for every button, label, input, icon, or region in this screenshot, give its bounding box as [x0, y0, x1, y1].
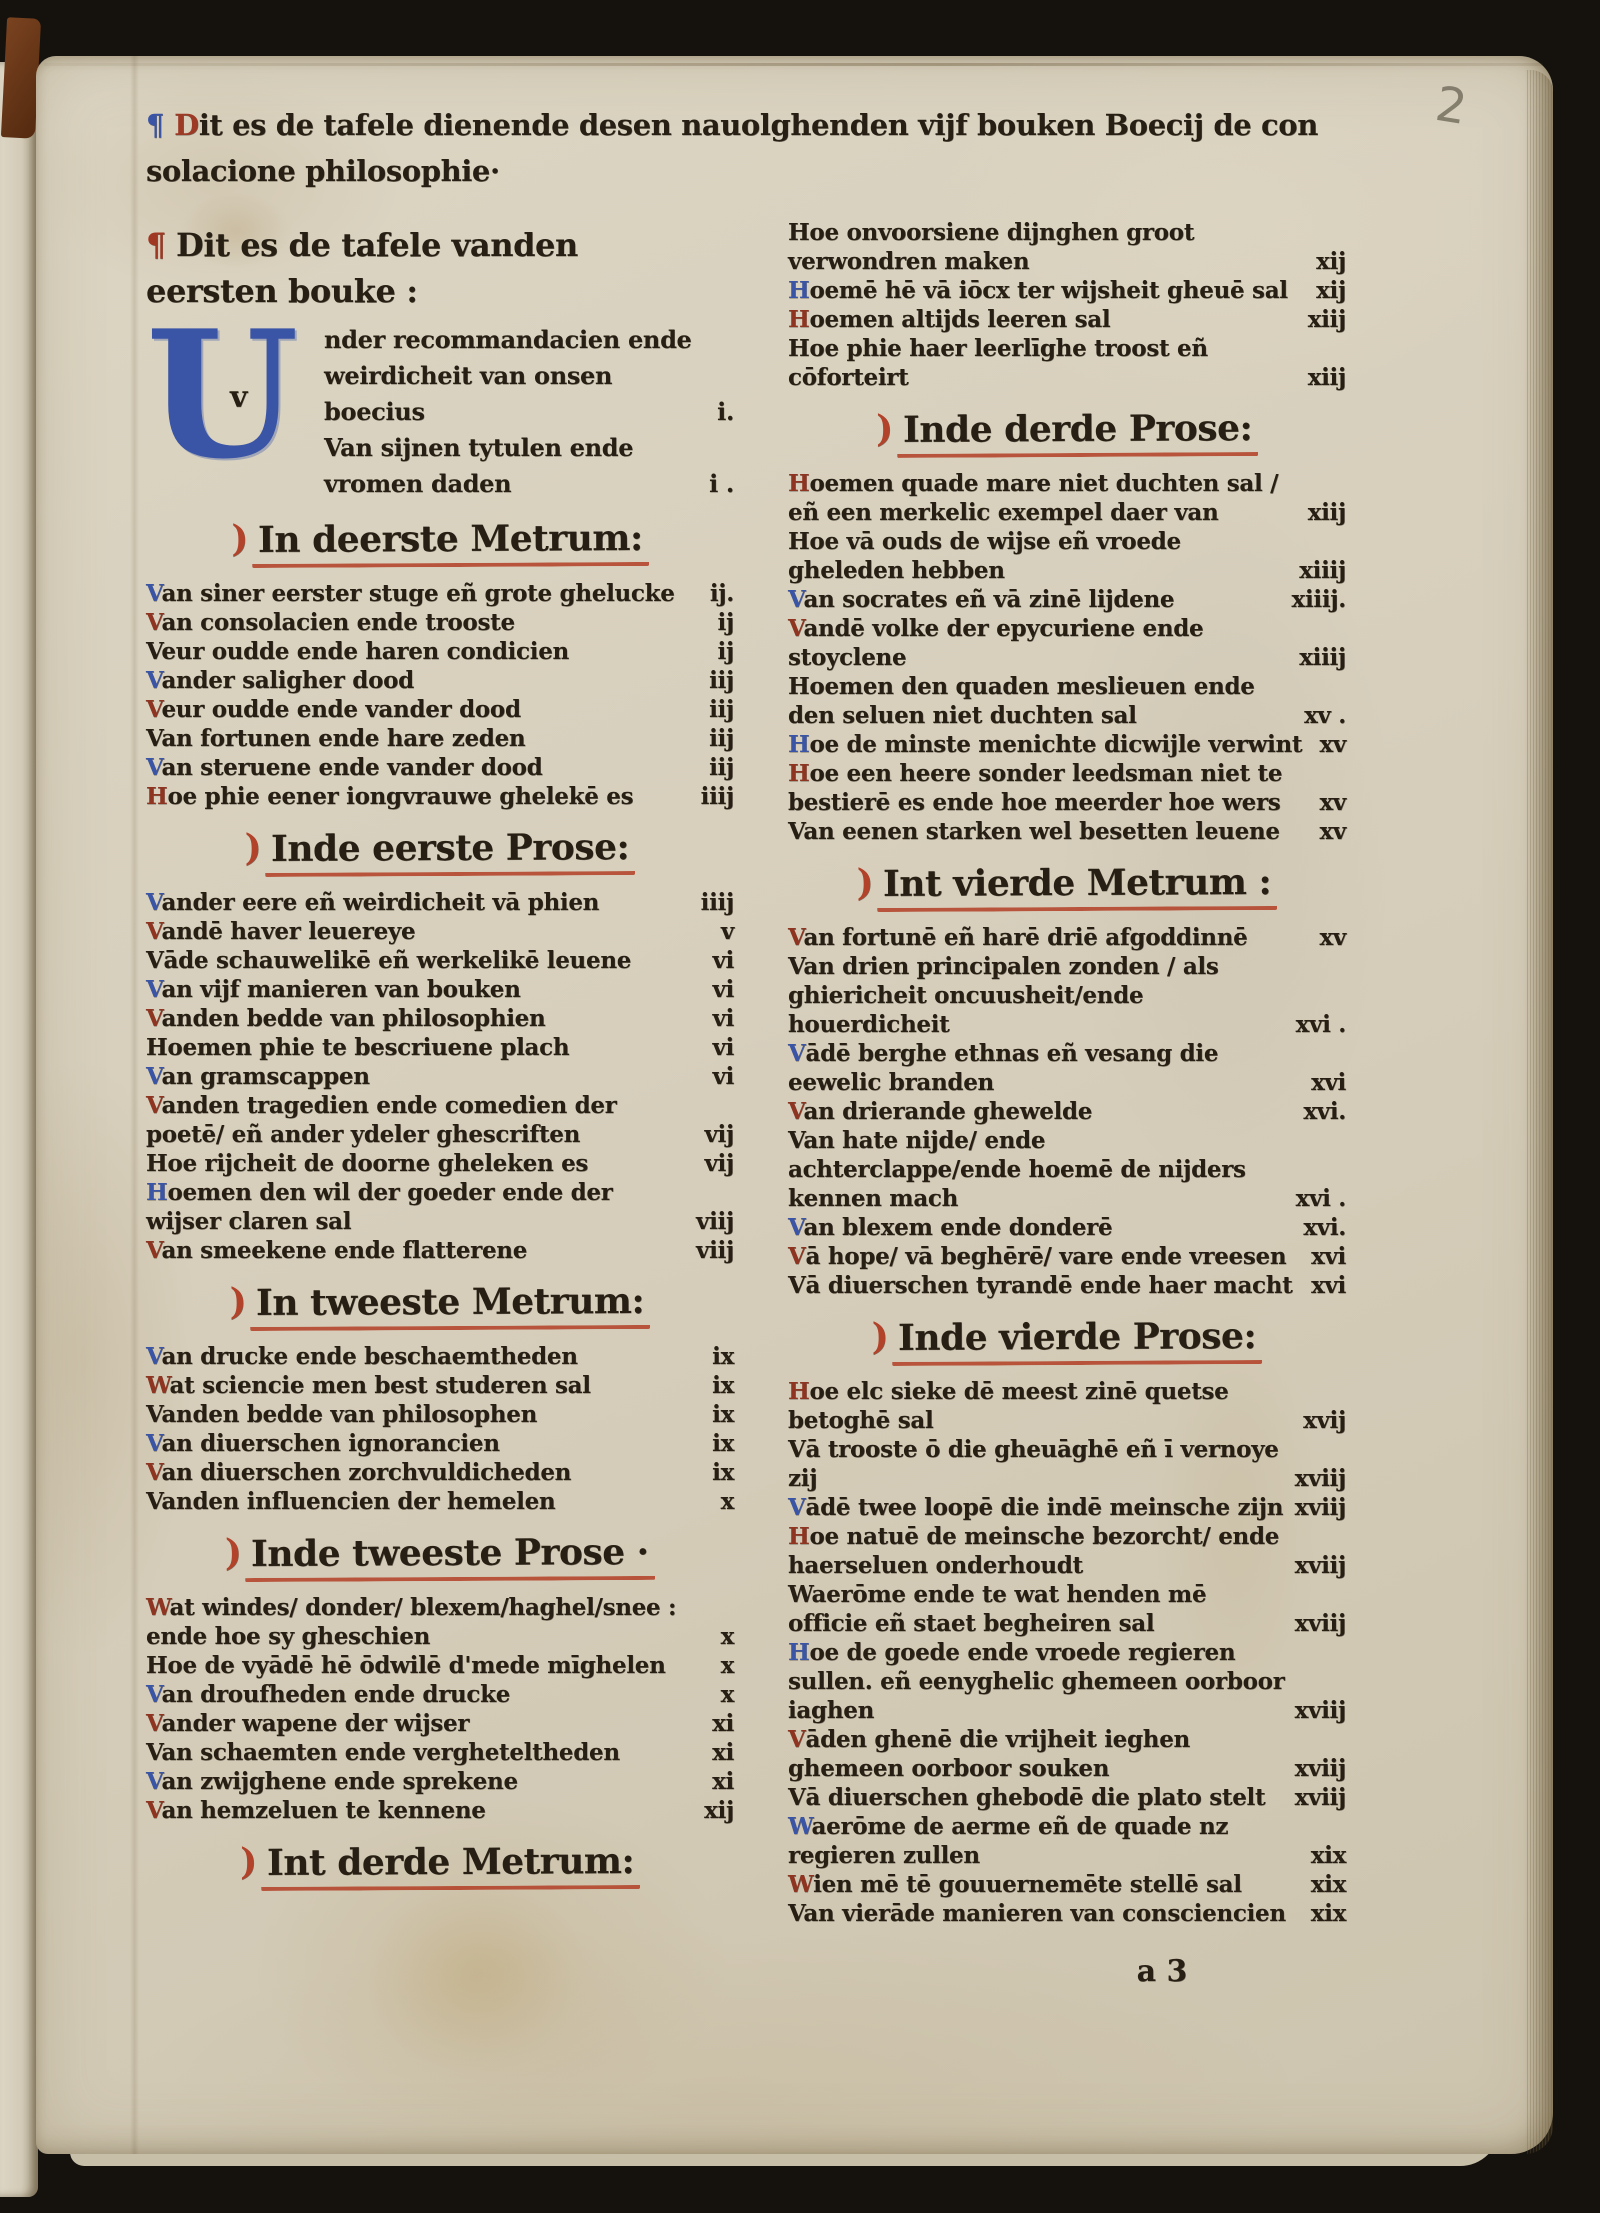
toc-entry: Van zwijghene ende sprekene xi [146, 1767, 734, 1796]
toc-entry: Hoe de goede ende vroede regieren sullen… [788, 1638, 1346, 1725]
entry-page-number: i. [707, 394, 734, 430]
entry-page-number: x [711, 1487, 734, 1516]
toc-entry: Vā trooste ō die gheuāghē eñ ī vernoye z… [788, 1435, 1346, 1493]
toc-block: Hoe vā ouds de wijse eñ vroede gheleden … [788, 527, 1346, 585]
entry-page-number: xi [702, 1738, 734, 1767]
toc-entry: Vander eere eñ weirdicheit vā phien iiij [146, 888, 734, 917]
section-heading: )In tweeste Metrum: [146, 1281, 734, 1330]
toc-entry: Van drierande ghewelde xvi. [788, 1097, 1346, 1126]
drop-cap: U v [146, 328, 316, 478]
toc-entry: Vāden ghenē die vrijheit ieghen ghemeen … [788, 1725, 1346, 1783]
toc-block: Van fortunen ende hare zeden iij [146, 724, 734, 753]
toc-entry: Van diuerschen zorchvuldicheden ix [146, 1458, 734, 1487]
entry-text: Vandē haver leuereye [146, 917, 711, 946]
section-title: Inde eerste Prose: [265, 826, 636, 877]
toc-block: Vander wapene der wijser xi [146, 1709, 734, 1738]
rubric-mark: ) [876, 408, 893, 450]
entry-text: Vādē berghe ethnas eñ vesang die eewelic… [788, 1039, 1301, 1097]
entry-page-number: iiij [691, 888, 734, 917]
toc-block: Van drierande ghewelde xvi. [788, 1097, 1346, 1126]
toc-block: Vāden ghenē die vrijheit ieghen ghemeen … [788, 1725, 1346, 1783]
entry-text: Hoe elc sieke dē meest zinē quetse betog… [788, 1377, 1293, 1435]
toc-block: Van consolacien ende trooste ij [146, 608, 734, 637]
toc-block: Hoemen den wil der goeder ende der wijse… [146, 1178, 734, 1236]
toc-block: )In tweeste Metrum: [146, 1281, 734, 1330]
toc-entry: Van hemzeluen te kennene xij [146, 1796, 734, 1825]
toc-entry: Vā hope/ vā beghērē/ vare ende vreesen x… [788, 1242, 1346, 1271]
toc-entry: Van vijf manieren van bouken vi [146, 975, 734, 1004]
toc-block: Vanden influencien der hemelen x [146, 1487, 734, 1516]
entry-page-number: xv [1310, 788, 1346, 817]
toc-block: Hoe natuē de meinsche bezorcht/ ende hae… [788, 1522, 1346, 1580]
page-crease [130, 56, 139, 2154]
toc-block: )Int derde Metrum: [146, 1841, 734, 1890]
toc-entry: Hoe elc sieke dē meest zinē quetse betog… [788, 1377, 1346, 1435]
toc-column-right: Hoe onvoorsiene dijnghen groot verwondre… [788, 218, 1346, 1989]
rubric-mark: ) [872, 1316, 889, 1358]
toc-entry: Waerōme de aerme eñ de quade nz regieren… [788, 1812, 1346, 1870]
entry-page-number: xix [1301, 1870, 1346, 1899]
toc-entry: Vādē twee loopē die indē meinsche zijn x… [788, 1493, 1346, 1522]
toc-block: Vanden bedde van philosophen ix [146, 1400, 734, 1429]
book-scan: 2 ¶Dit es de tafele dienende desen nauol… [0, 0, 1600, 2213]
entry-page-number: vij [694, 1120, 734, 1149]
toc-block: Vanden bedde van philosophien vi [146, 1004, 734, 1033]
entry-text: Vanden tragedien ende comedien der poetē… [146, 1091, 694, 1149]
entry-page-number: xvi [1301, 1068, 1346, 1097]
toc-block: Hoe de minste menichte dicwijle verwint … [788, 730, 1346, 759]
entry-text: Hoe de goede ende vroede regieren sullen… [788, 1638, 1285, 1725]
rubric-mark: ) [231, 518, 248, 560]
book-page: 2 ¶Dit es de tafele dienende desen nauol… [36, 56, 1553, 2154]
toc-block: Vander saligher dood iij [146, 666, 734, 695]
entry-page-number: xij [1306, 276, 1346, 305]
toc-block: Van vierāde manieren van consciencien xi… [788, 1899, 1346, 1928]
toc-entry: nder recommandacien ende weirdicheit van… [324, 322, 734, 430]
entry-page-number: i . [699, 466, 734, 502]
rubric-mark: ) [245, 827, 262, 869]
entry-page-number: ij [708, 608, 734, 637]
toc-block: Vā diuerschen ghebodē die plato stelt xv… [788, 1783, 1346, 1812]
fore-edge [1525, 70, 1553, 2154]
entry-page-number: iij [699, 666, 734, 695]
toc-entry: Vanden influencien der hemelen x [146, 1487, 734, 1516]
section-title: In deerste Metrum: [252, 517, 649, 568]
entry-page-number: xviij [1285, 1493, 1346, 1522]
pencil-page-number: 2 [1432, 76, 1471, 136]
toc-entry: Hoe onvoorsiene dijnghen groot verwondre… [788, 218, 1346, 276]
entry-page-number: viij [686, 1207, 734, 1236]
toc-entry: Van schaemten ende vergheteltheden xi [146, 1738, 734, 1767]
toc-entry: Van fortunē eñ harē driē afgoddinnē xv [788, 923, 1346, 952]
entry-text: Van zwijghene ende sprekene [146, 1767, 702, 1796]
toc-block: Hoe de goede ende vroede regieren sullen… [788, 1638, 1346, 1725]
entry-text: Vāden ghenē die vrijheit ieghen ghemeen … [788, 1725, 1285, 1783]
toc-block: Waerōme ende te wat henden mē officie eñ… [788, 1580, 1346, 1638]
toc-block: Hoe een heere sonder leedsman niet te be… [788, 759, 1346, 817]
title-text: Dit es de tafele dienende desen nauolghe… [174, 102, 1318, 148]
toc-block: Van drien principalen zonden / als ghier… [788, 952, 1346, 1039]
page-title: ¶Dit es de tafele dienende desen nauolgh… [146, 102, 1406, 194]
toc-block: Hoe phie eener iongvrauwe ghelekē es iii… [146, 782, 734, 811]
toc-entry: Van drucke ende beschaemtheden ix [146, 1342, 734, 1371]
entry-text: Van droufheden ende drucke [146, 1680, 711, 1709]
section-heading: )Inde vierde Prose: [788, 1316, 1346, 1365]
toc-block: Waerōme de aerme eñ de quade nz regieren… [788, 1812, 1346, 1870]
entry-text: Hoemen phie te bescriuene plach [146, 1033, 702, 1062]
toc-entry: Veur oudde ende haren condicien ij [146, 637, 734, 666]
toc-entry: Van fortunen ende hare zeden iij [146, 724, 734, 753]
toc-entry: Hoemen den wil der goeder ende der wijse… [146, 1178, 734, 1236]
toc-entry: Van drien principalen zonden / als ghier… [788, 952, 1346, 1039]
toc-block: Van eenen starken wel besetten leuene xv [788, 817, 1346, 846]
toc-block: )In deerste Metrum: [146, 518, 734, 567]
entry-text: Vāde schauwelikē eñ werkelikē leuene [146, 946, 702, 975]
signature-mark: a 3 [883, 1954, 1441, 1989]
toc-entry: Hoe phie haer leerlīghe troost eñ cōfort… [788, 334, 1346, 392]
entry-text: Vā diuerschen ghebodē die plato stelt [788, 1783, 1285, 1812]
section-title: Inde tweeste Prose · [245, 1531, 655, 1582]
toc-block: Van gramscappen vi [146, 1062, 734, 1091]
entry-page-number: ix [702, 1429, 734, 1458]
entry-page-number: ij [708, 637, 734, 666]
toc-block: Hoe rijcheit de doorne gheleken es vij [146, 1149, 734, 1178]
entry-page-number: xiiij [1289, 643, 1346, 672]
entry-page-number: xv . [1294, 701, 1346, 730]
entry-text: Hoe een heere sonder leedsman niet te be… [788, 759, 1310, 817]
toc-block: Van zwijghene ende sprekene xi [146, 1767, 734, 1796]
entry-text: Vanden influencien der hemelen [146, 1487, 711, 1516]
toc-entry: Van steruene ende vander dood iij [146, 753, 734, 782]
title-line-1: ¶Dit es de tafele dienende desen nauolgh… [146, 102, 1406, 148]
entry-text: Vādē twee loopē die indē meinsche zijn [788, 1493, 1285, 1522]
entry-text: Van fortunen ende hare zeden [146, 724, 699, 753]
entry-page-number: xviij [1285, 1551, 1346, 1580]
entry-page-number: x [711, 1651, 734, 1680]
entry-page-number: xviij [1285, 1783, 1346, 1812]
entry-page-number: iij [699, 753, 734, 782]
drop-cap-guide-letter: v [230, 380, 247, 415]
entry-text: Veur oudde ende haren condicien [146, 637, 708, 666]
entry-text: Vā diuerschen tyrandē ende haer macht [788, 1271, 1301, 1300]
toc-entry: Van sijnen tytulen ende vromen daden i . [324, 430, 734, 502]
entry-text: Vā trooste ō die gheuāghē eñ ī vernoye z… [788, 1435, 1285, 1493]
entry-text: Van gramscappen [146, 1062, 702, 1091]
toc-block: )Inde tweeste Prose · [146, 1532, 734, 1581]
rubric-mark: ) [225, 1532, 242, 1574]
toc-entry: Van hate nijde/ ende achterclappe/ende h… [788, 1126, 1346, 1213]
section-heading: )Inde eerste Prose: [146, 827, 734, 876]
section-heading: )In deerste Metrum: [146, 518, 734, 567]
entry-text: Hoe rijcheit de doorne gheleken es [146, 1149, 694, 1178]
entry-page-number: xiij [1298, 305, 1346, 334]
entry-text: Hoe phie eener iongvrauwe ghelekē es [146, 782, 691, 811]
entry-page-number: xvi . [1286, 1184, 1346, 1213]
entry-page-number: xviij [1285, 1464, 1346, 1493]
rubric-mark: ) [230, 1281, 247, 1323]
toc-block: Wat sciencie men best studeren sal ix [146, 1371, 734, 1400]
toc-entry: Vādē berghe ethnas eñ vesang die eewelic… [788, 1039, 1346, 1097]
entry-text: Van schaemten ende vergheteltheden [146, 1738, 702, 1767]
toc-entry: Hoe de minste menichte dicwijle verwint … [788, 730, 1346, 759]
toc-block: )Int vierde Metrum : [788, 862, 1346, 911]
entry-text: Van siner eerster stuge eñ grote gheluck… [146, 579, 700, 608]
entry-page-number: xix [1301, 1841, 1346, 1870]
entry-page-number: ix [702, 1342, 734, 1371]
entry-page-number: vi [702, 1004, 734, 1033]
toc-entry: Hoe een heere sonder leedsman niet te be… [788, 759, 1346, 817]
toc-entry: Van diuerschen ignorancien ix [146, 1429, 734, 1458]
toc-entry: Vander wapene der wijser xi [146, 1709, 734, 1738]
toc-block: Van vijf manieren van bouken vi [146, 975, 734, 1004]
section-title: Int vierde Metrum : [877, 861, 1277, 912]
toc-block: Vandē haver leuereye v [146, 917, 734, 946]
toc-entry: Hoemen den quaden meslieuen ende den sel… [788, 672, 1346, 730]
toc-block: Vander eere eñ weirdicheit vā phien iiij [146, 888, 734, 917]
entry-page-number: xix [1301, 1899, 1346, 1928]
entry-page-number: ix [702, 1371, 734, 1400]
entry-text: Hoemen den quaden meslieuen ende den sel… [788, 672, 1294, 730]
entry-page-number: xij [1306, 247, 1346, 276]
entry-text: Van hemzeluen te kennene [146, 1796, 694, 1825]
entry-page-number: xv [1310, 817, 1346, 846]
toc-block: Vādē twee loopē die indē meinsche zijn x… [788, 1493, 1346, 1522]
entry-page-number: vi [702, 1062, 734, 1091]
entry-page-number: vij [694, 1149, 734, 1178]
entry-text: Hoe onvoorsiene dijnghen groot verwondre… [788, 218, 1306, 276]
toc-block: Hoe elc sieke dē meest zinē quetse betog… [788, 1377, 1346, 1435]
entry-text: Van drucke ende beschaemtheden [146, 1342, 702, 1371]
entry-text: Waerōme de aerme eñ de quade nz regieren… [788, 1812, 1301, 1870]
toc-entry: Hoe phie eener iongvrauwe ghelekē es iii… [146, 782, 734, 811]
entry-text: Hoemē hē vā iōcx ter wijsheit gheuē sal [788, 276, 1306, 305]
toc-entry: Van droufheden ende drucke x [146, 1680, 734, 1709]
entry-text: Hoe phie haer leerlīghe troost eñ cōfort… [788, 334, 1298, 392]
toc-block: Hoemen den quaden meslieuen ende den sel… [788, 672, 1346, 730]
toc-block: Van drucke ende beschaemtheden ix [146, 1342, 734, 1371]
toc-block: Van diuerschen ignorancien ix [146, 1429, 734, 1458]
toc-block: Hoemen phie te bescriuene plach vi [146, 1033, 734, 1062]
entry-page-number: viij [686, 1236, 734, 1265]
toc-entry: Van consolacien ende trooste ij [146, 608, 734, 637]
toc-block: Vā diuerschen tyrandē ende haer macht xv… [788, 1271, 1346, 1300]
entry-page-number: ix [702, 1458, 734, 1487]
entry-page-number: xv [1310, 730, 1346, 759]
toc-entry: Hoemen phie te bescriuene plach vi [146, 1033, 734, 1062]
toc-block: Hoe onvoorsiene dijnghen groot verwondre… [788, 218, 1346, 276]
entry-page-number: iij [699, 695, 734, 724]
toc-block: Hoemē hē vā iōcx ter wijsheit gheuē sal … [788, 276, 1346, 305]
toc-blocks-right: Hoe onvoorsiene dijnghen groot verwondre… [788, 218, 1346, 1928]
section-heading: )Int derde Metrum: [146, 1841, 734, 1890]
pilcrow-icon: ¶ [146, 226, 166, 264]
toc-entry: Van vierāde manieren van consciencien xi… [788, 1899, 1346, 1928]
toc-entry: Vander saligher dood iij [146, 666, 734, 695]
entry-page-number: xiij [1298, 363, 1346, 392]
entry-text: Hoemen altijds leeren sal [788, 305, 1298, 334]
entry-text: Wat windes/ donder/ blexem/haghel/snee :… [146, 1593, 711, 1651]
toc-entry: Veur oudde ende vander dood iij [146, 695, 734, 724]
entry-text: Van hate nijde/ ende achterclappe/ende h… [788, 1126, 1286, 1213]
title-line-2: solacione philosophie· [146, 148, 1406, 194]
entry-text: Hoe de minste menichte dicwijle verwint [788, 730, 1310, 759]
toc-entry: Hoe vā ouds de wijse eñ vroede gheleden … [788, 527, 1346, 585]
toc-entry: Vanden bedde van philosophien vi [146, 1004, 734, 1033]
entry-page-number: xiij [1298, 498, 1346, 527]
entry-page-number: xiiij. [1282, 585, 1346, 614]
entry-text: Van consolacien ende trooste [146, 608, 708, 637]
rubric-mark: ) [857, 862, 874, 904]
pilcrow-icon: ¶ [146, 108, 164, 142]
toc-block: Vanden tragedien ende comedien der poetē… [146, 1091, 734, 1149]
entry-text: Vā hope/ vā beghērē/ vare ende vreesen [788, 1242, 1301, 1271]
toc-block: Van steruene ende vander dood iij [146, 753, 734, 782]
subheader-line-1: ¶Dit es de tafele vanden [146, 222, 734, 268]
section-title: Inde vierde Prose: [892, 1315, 1262, 1366]
entry-page-number: xvi [1301, 1271, 1346, 1300]
rubric-mark: ) [240, 1841, 257, 1883]
section-heading: )Int vierde Metrum : [788, 862, 1346, 911]
entry-page-number: xvi [1301, 1242, 1346, 1271]
entry-text: Wat sciencie men best studeren sal [146, 1371, 702, 1400]
entry-text: Hoemen quade mare niet duchten sal / eñ … [788, 469, 1298, 527]
toc-block: Van droufheden ende drucke x [146, 1680, 734, 1709]
section-title: In tweeste Metrum: [250, 1280, 650, 1331]
toc-entry: Van blexem ende donderē xvi. [788, 1213, 1346, 1242]
entry-page-number: xvi . [1286, 1010, 1346, 1039]
toc-entry: Hoe de vyādē hē ōdwilē d'mede mīghelen x [146, 1651, 734, 1680]
entry-text: Vandē volke der epycuriene ende stoyclen… [788, 614, 1289, 672]
entry-page-number: xviij [1285, 1754, 1346, 1783]
toc-block: Van fortunē eñ harē driē afgoddinnē xv [788, 923, 1346, 952]
entry-text: Van blexem ende donderē [788, 1213, 1293, 1242]
entry-text: Van drien principalen zonden / als ghier… [788, 952, 1286, 1039]
toc-block: Hoe de vyādē hē ōdwilē d'mede mīghelen x [146, 1651, 734, 1680]
entry-text: Van eenen starken wel besetten leuene [788, 817, 1310, 846]
toc-entry: Vandē volke der epycuriene ende stoyclen… [788, 614, 1346, 672]
entry-page-number: xi [702, 1767, 734, 1796]
toc-block: Hoemen quade mare niet duchten sal / eñ … [788, 469, 1346, 527]
entry-text: Vander eere eñ weirdicheit vā phien [146, 888, 691, 917]
entry-text: Van fortunē eñ harē driē afgoddinnē [788, 923, 1310, 952]
drop-cap-letter: U [146, 293, 299, 498]
toc-entry: Hoemen altijds leeren sal xiij [788, 305, 1346, 334]
section-heading: )Inde tweeste Prose · [146, 1532, 734, 1581]
entry-page-number: xv [1310, 923, 1346, 952]
intro-section: U v nder recommandacien ende weirdicheit… [146, 322, 734, 502]
entry-text: Vander wapene der wijser [146, 1709, 702, 1738]
entry-page-number: vi [702, 946, 734, 975]
toc-block: )Inde derde Prose: [788, 408, 1346, 457]
toc-entry: Van smeekene ende flatterene viij [146, 1236, 734, 1265]
toc-entry: Vandē haver leuereye v [146, 917, 734, 946]
entry-text: Vander saligher dood [146, 666, 699, 695]
toc-block: Van socrates eñ vā zinē lijdene xiiij. [788, 585, 1346, 614]
entry-text: Wien mē tē gouuernemēte stellē sal [788, 1870, 1301, 1899]
entry-page-number: xvij [1293, 1406, 1346, 1435]
subheader-text: Dit es de tafele vanden [176, 226, 578, 264]
toc-entry: Hoe natuē de meinsche bezorcht/ ende hae… [788, 1522, 1346, 1580]
toc-block: Van siner eerster stuge eñ grote gheluck… [146, 579, 734, 608]
toc-entry: Van gramscappen vi [146, 1062, 734, 1091]
toc-block: Wat windes/ donder/ blexem/haghel/snee :… [146, 1593, 734, 1651]
toc-entry: Vā diuerschen tyrandē ende haer macht xv… [788, 1271, 1346, 1300]
toc-block: Van blexem ende donderē xvi. [788, 1213, 1346, 1242]
toc-entry: Waerōme ende te wat henden mē officie eñ… [788, 1580, 1346, 1638]
entry-text: Van vierāde manieren van consciencien [788, 1899, 1301, 1928]
entry-text: Hoe de vyādē hē ōdwilē d'mede mīghelen [146, 1651, 711, 1680]
toc-block: Van diuerschen zorchvuldicheden ix [146, 1458, 734, 1487]
toc-entry: Vāde schauwelikē eñ werkelikē leuene vi [146, 946, 734, 975]
toc-block: Veur oudde ende vander dood iij [146, 695, 734, 724]
entry-text: Van smeekene ende flatterene [146, 1236, 686, 1265]
entry-text: Van drierande ghewelde [788, 1097, 1293, 1126]
entry-page-number: x [711, 1622, 734, 1651]
entry-text: Hoe vā ouds de wijse eñ vroede gheleden … [788, 527, 1289, 585]
toc-block: Vandē volke der epycuriene ende stoyclen… [788, 614, 1346, 672]
toc-block: Van smeekene ende flatterene viij [146, 1236, 734, 1265]
entry-text: Van diuerschen zorchvuldicheden [146, 1458, 702, 1487]
toc-block: Van hemzeluen te kennene xij [146, 1796, 734, 1825]
toc-block: Vā trooste ō die gheuāghē eñ ī vernoye z… [788, 1435, 1346, 1493]
entry-page-number: x [711, 1680, 734, 1709]
toc-entry: Vanden bedde van philosophen ix [146, 1400, 734, 1429]
entry-text: Van diuerschen ignorancien [146, 1429, 702, 1458]
toc-column-left: ¶Dit es de tafele vanden eersten bouke :… [146, 222, 734, 1902]
entry-text: Hoe natuē de meinsche bezorcht/ ende hae… [788, 1522, 1285, 1580]
entry-text: Van steruene ende vander dood [146, 753, 699, 782]
entry-text: nder recommandacien ende weirdicheit van… [324, 322, 707, 430]
toc-block: Veur oudde ende haren condicien ij [146, 637, 734, 666]
toc-entry: Wien mē tē gouuernemēte stellē sal xix [788, 1870, 1346, 1899]
entry-text: Waerōme ende te wat henden mē officie eñ… [788, 1580, 1285, 1638]
section-title: Int derde Metrum: [261, 1840, 640, 1891]
toc-blocks-left: )In deerste Metrum: Van siner eerster st… [146, 518, 734, 1890]
toc-block: Van hate nijde/ ende achterclappe/ende h… [788, 1126, 1346, 1213]
entry-page-number: ix [702, 1400, 734, 1429]
entry-page-number: xvi. [1293, 1213, 1346, 1242]
toc-block: )Inde vierde Prose: [788, 1316, 1346, 1365]
entry-text: Veur oudde ende vander dood [146, 695, 699, 724]
entry-page-number: xiiij [1289, 556, 1346, 585]
entry-text: Van vijf manieren van bouken [146, 975, 702, 1004]
toc-block: Wien mē tē gouuernemēte stellē sal xix [788, 1870, 1346, 1899]
toc-entry: Hoemen quade mare niet duchten sal / eñ … [788, 469, 1346, 527]
section-heading: )Inde derde Prose: [788, 408, 1346, 457]
toc-entry: Vā diuerschen ghebodē die plato stelt xv… [788, 1783, 1346, 1812]
toc-entry: Vanden tragedien ende comedien der poetē… [146, 1091, 734, 1149]
toc-block: Vāde schauwelikē eñ werkelikē leuene vi [146, 946, 734, 975]
entry-page-number: xviij [1285, 1609, 1346, 1638]
entry-page-number: vi [702, 1033, 734, 1062]
entry-page-number: xvi. [1293, 1097, 1346, 1126]
entry-page-number: iij [699, 724, 734, 753]
entry-text: Vanden bedde van philosophen [146, 1400, 702, 1429]
toc-entry: Wat sciencie men best studeren sal ix [146, 1371, 734, 1400]
toc-entry: Hoemē hē vā iōcx ter wijsheit gheuē sal … [788, 276, 1346, 305]
toc-block: Hoe phie haer leerlīghe troost eñ cōfort… [788, 334, 1346, 392]
entry-page-number: v [711, 917, 734, 946]
entry-page-number: xi [702, 1709, 734, 1738]
toc-entry: Hoe rijcheit de doorne gheleken es vij [146, 1149, 734, 1178]
entry-text: Van socrates eñ vā zinē lijdene [788, 585, 1282, 614]
entry-page-number: xviij [1285, 1696, 1346, 1725]
toc-block: Van schaemten ende vergheteltheden xi [146, 1738, 734, 1767]
toc-entry: Van eenen starken wel besetten leuene xv [788, 817, 1346, 846]
entry-text: Hoemen den wil der goeder ende der wijse… [146, 1178, 686, 1236]
entry-text: Van sijnen tytulen ende vromen daden [324, 430, 699, 502]
toc-entry: Van siner eerster stuge eñ grote gheluck… [146, 579, 734, 608]
